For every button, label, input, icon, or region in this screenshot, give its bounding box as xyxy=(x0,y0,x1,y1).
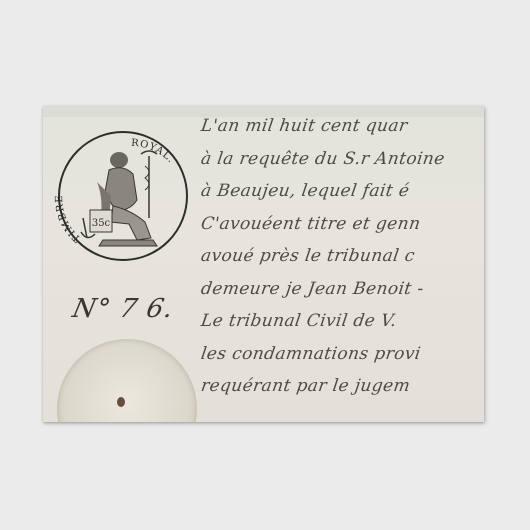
handwritten-line: L'an mil huit cent quar xyxy=(199,110,484,143)
handwritten-line: à Beaujeu, lequel fait é xyxy=(199,175,484,208)
svg-text:TIMBRE: TIMBRE xyxy=(54,194,83,244)
reference-number: N° 7 6. xyxy=(70,294,177,324)
stamp-text-left: TIMBRE xyxy=(54,194,83,244)
handwritten-line: requérant par le jugem xyxy=(199,370,484,403)
handwritten-line: demeure je Jean Benoit - xyxy=(199,273,484,306)
handwritten-line: avoué près le tribunal c xyxy=(199,240,484,273)
handwritten-line: Le tribunal Civil de V. xyxy=(199,305,484,338)
timbre-royal-stamp-icon: TIMBRE ROYAL. 35c xyxy=(53,126,193,266)
seal-mark xyxy=(117,397,125,407)
handwritten-line: C'avouéent titre et genn xyxy=(199,208,484,241)
handwritten-text: L'an mil huit cent quar à la requête du … xyxy=(201,110,484,403)
handwritten-line: à la requête du S.r Antoine xyxy=(199,143,484,176)
stamp-value: 35c xyxy=(92,218,111,229)
document-photo: TIMBRE ROYAL. 35c N° 7 6. L'an mil huit … xyxy=(43,106,484,422)
handwritten-line: les condamnations provi xyxy=(199,338,484,371)
embossed-seal xyxy=(57,339,197,422)
